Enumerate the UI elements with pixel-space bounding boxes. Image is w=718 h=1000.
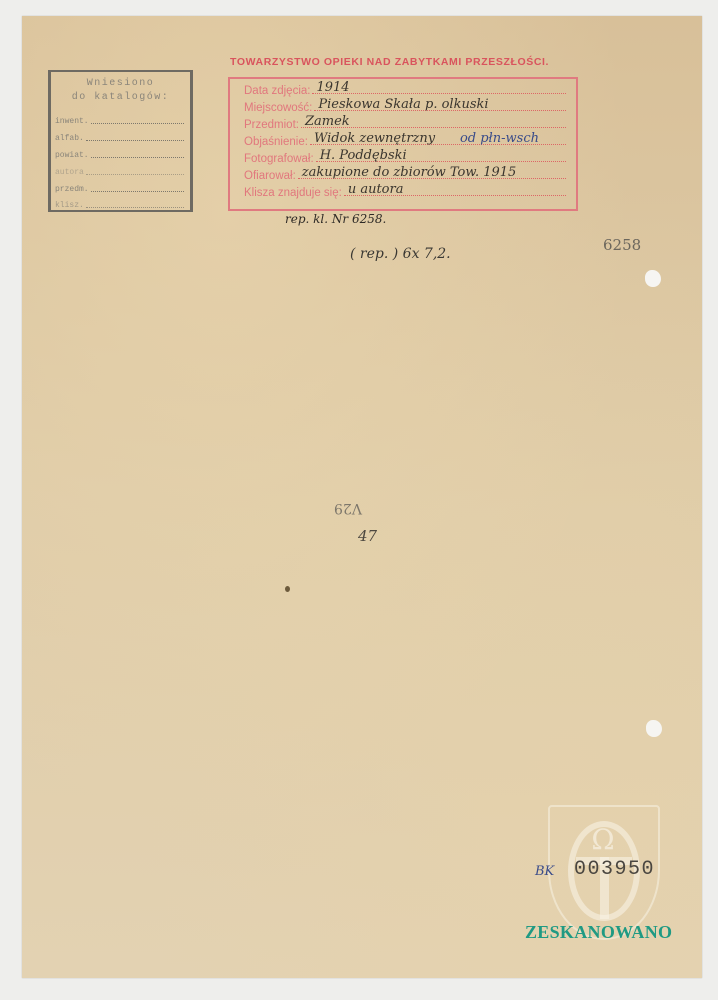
field-photographer-value: H. Poddębski xyxy=(320,148,407,163)
catalog-stamp-title: Wniesiono xyxy=(51,78,190,89)
size-note: ( rep. ) 6x 7,2. xyxy=(350,246,451,262)
scanned-stamp: ZESKANOWANO xyxy=(525,922,672,943)
corner-number-note: 6258 xyxy=(603,236,641,254)
field-donor: Ofiarował: zakupione do zbiorów Tow. 191… xyxy=(244,165,566,182)
society-stamp-box: Data zdjęcia: 1914 Miejscowość: Pieskowa… xyxy=(228,77,578,211)
catalog-stamp: Wniesiono do katalogów: inwent. alfab. p… xyxy=(48,70,193,212)
rotated-number-note: V29 xyxy=(334,500,362,516)
inventory-prefix: BK xyxy=(535,864,554,879)
field-photographer: Fotografował: H. Poddębski xyxy=(244,148,566,165)
middle-number-note: 47 xyxy=(358,527,377,545)
catalog-stamp-subtitle: do katalogów: xyxy=(51,92,190,103)
field-date: Data zdjęcia: 1914 xyxy=(244,80,566,97)
field-date-value: 1914 xyxy=(316,80,349,95)
field-description-blue-note: od płn-wsch xyxy=(460,131,539,146)
field-negative-location-value: u autora xyxy=(348,182,404,197)
catalog-row-klisz: klisz. xyxy=(55,196,184,210)
catalog-row-inwent: inwent. xyxy=(55,112,184,126)
field-place-value: Pieskowa Skała p. olkuski xyxy=(318,97,488,112)
field-subject-value: Zamek xyxy=(305,114,350,129)
field-donor-value: zakupione do zbiorów Tow. 1915 xyxy=(302,165,517,180)
catalog-row-autora: autora xyxy=(55,163,184,177)
society-stamp-header: TOWARZYSTWO OPIEKI NAD ZABYTKAMI PRZESZŁ… xyxy=(230,56,585,68)
ink-speck xyxy=(285,586,290,592)
catalog-row-powiat: powiat. xyxy=(55,146,184,160)
field-negative-location: Klisza znajduje się: u autora xyxy=(244,182,566,199)
catalog-row-przedm: przedm. xyxy=(55,180,184,194)
punch-hole-top xyxy=(645,270,661,287)
inventory-number: 003950 xyxy=(574,858,655,881)
field-description: Objaśnienie: Widok zewnętrznyod płn-wsch xyxy=(244,131,566,148)
punch-hole-bottom xyxy=(646,720,662,737)
field-place: Miejscowość: Pieskowa Skała p. olkuski xyxy=(244,97,566,114)
catalog-row-alfab: alfab. xyxy=(55,129,184,143)
rep-number-note: rep. kl. Nr 6258. xyxy=(285,212,386,226)
field-subject: Przedmiot: Zamek xyxy=(244,114,566,131)
field-description-value: Widok zewnętrzny xyxy=(314,131,435,146)
